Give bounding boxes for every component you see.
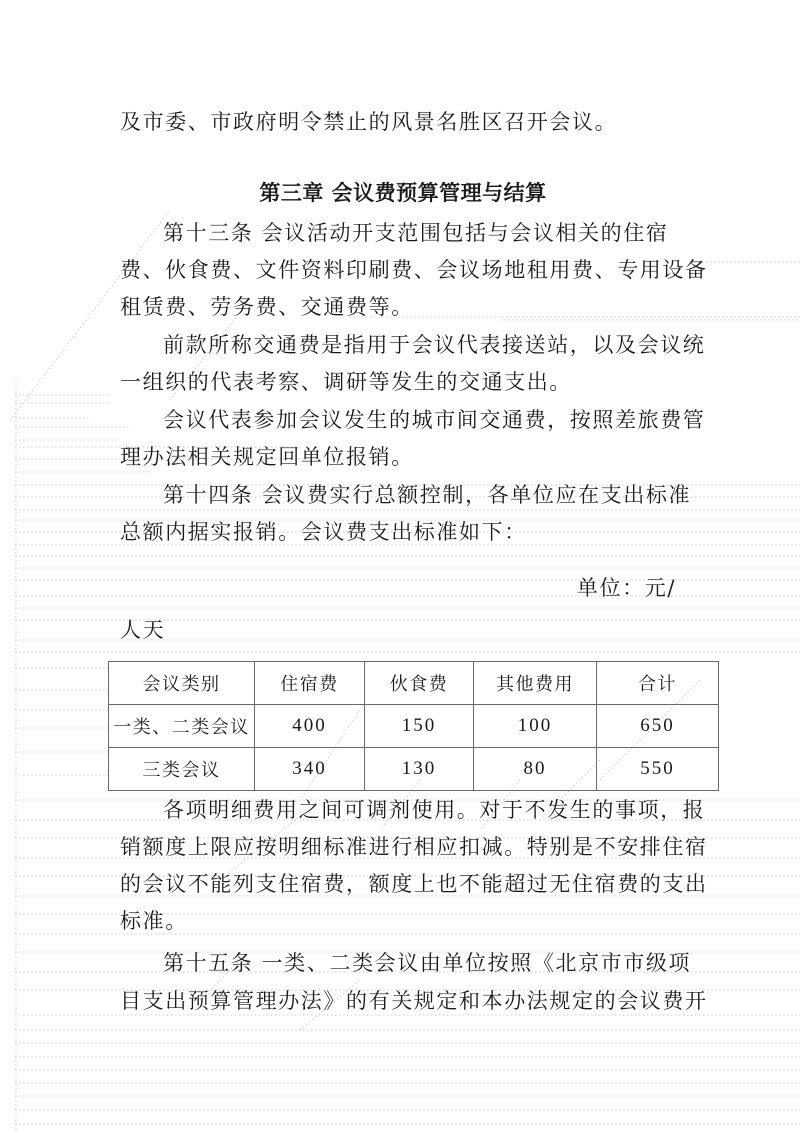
transport-para-line-1: 前款所称交通费是指用于会议代表接送站，以及会议统 [163,331,733,359]
header-cell: 伙食费 [365,662,474,705]
table-cell: 650 [597,705,719,748]
intercity-para-line-2: 理办法相关规定回单位报销。 [120,443,690,471]
table-cell: 三类会议 [109,748,255,791]
table-cell: 80 [474,748,597,791]
header-cell: 会议类别 [109,662,255,705]
article-14-line-2: 总额内据实报销。会议费支出标准如下： [120,518,690,546]
article-13-line-3: 租赁费、劳务费、交通费等。 [120,293,690,321]
table-cell: 一类、二类会议 [109,705,255,748]
table-row: 三类会议 340 130 80 550 [109,748,719,791]
chapter-title: 第三章 会议费预算管理与结算 [0,179,800,207]
header-cell: 合计 [597,662,719,705]
table-cell: 340 [255,748,365,791]
adjust-para-line-4: 标准。 [120,907,690,935]
table-cell: 400 [255,705,365,748]
table-cell: 150 [365,705,474,748]
adjust-para-line-1: 各项明细费用之间可调剂使用。对于不发生的事项，报 [163,796,733,824]
intercity-para-line-1: 会议代表参加会议发生的城市间交通费，按照差旅费管 [163,406,733,434]
meeting-fee-standard-table: 会议类别 住宿费 伙食费 其他费用 合计 一类、二类会议 400 150 100… [108,661,719,791]
article-15-line-1: 第十五条 一类、二类会议由单位按照《北京市市级项 [163,949,733,977]
table-header-row: 会议类别 住宿费 伙食费 其他费用 合计 [109,662,719,705]
article-13-line-2: 费、伙食费、文件资料印刷费、会议场地租用费、专用设备 [120,256,690,284]
adjust-para-line-3: 的会议不能列支住宿费，额度上也不能超过无住宿费的支出 [120,870,690,898]
document-page: 及市委、市政府明令禁止的风景名胜区召开会议。 第三章 会议费预算管理与结算 第十… [0,0,800,1131]
article-15-line-2: 目支出预算管理办法》的有关规定和本办法规定的会议费开 [120,987,690,1015]
unit-label: 单位：元/ [500,574,676,602]
article-13-line-1: 第十三条 会议活动开支范围包括与会议相关的住宿 [163,219,733,247]
transport-para-line-2: 一组织的代表考察、调研等发生的交通支出。 [120,368,690,396]
header-cell: 其他费用 [474,662,597,705]
unit-label-continued: 人天 [120,616,690,644]
table-cell: 100 [474,705,597,748]
article-14-line-1: 第十四条 会议费实行总额控制，各单位应在支出标准 [163,481,733,509]
table-cell: 130 [365,748,474,791]
header-cell: 住宿费 [255,662,365,705]
table-cell: 550 [597,748,719,791]
paragraph-line: 及市委、市政府明令禁止的风景名胜区召开会议。 [120,108,690,136]
adjust-para-line-2: 销额度上限应按明细标准进行相应扣减。特别是不安排住宿 [120,833,690,861]
table-row: 一类、二类会议 400 150 100 650 [109,705,719,748]
